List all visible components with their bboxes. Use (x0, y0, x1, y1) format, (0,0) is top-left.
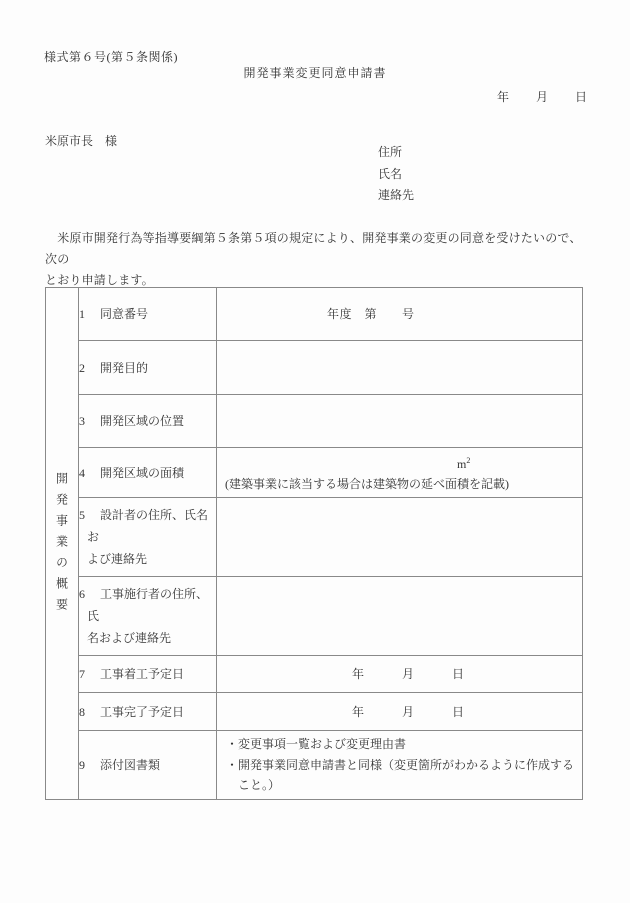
construction-start-label-cell: 7工事着工予定日 (79, 656, 217, 693)
table-row-designer-info: 5設計者の住所、氏名お よび連絡先 (46, 498, 583, 577)
applicant-field-name: 氏名 (378, 164, 414, 186)
square-meter-unit: m2 (217, 451, 582, 474)
table-row-area-size: 4開発区域の面積 m2 (建築事業に該当する場合は建築物の延べ面積を記載) (46, 448, 583, 498)
contractor-info-value-cell (217, 577, 583, 656)
area-size-label-cell: 4開発区域の面積 (79, 448, 217, 498)
attached-document-item: ・開発事業同意申請書と同様（変更箇所がわかるように作成する こと。） (226, 755, 578, 796)
consent-number-label-cell: 1同意番号 (79, 288, 217, 341)
area-size-label: 開発区域の面積 (100, 466, 184, 480)
attached-documents-label-cell: 9添付図書類 (79, 731, 217, 800)
table-row-construction-start-date: 7工事着工予定日 年 月 日 (46, 656, 583, 693)
attached-document-item: ・変更事項一覧および変更理由書 (226, 734, 578, 755)
designer-info-value-cell (217, 498, 583, 577)
applicant-field-contact: 連絡先 (378, 185, 414, 207)
area-location-label-cell: 3開発区域の位置 (79, 395, 217, 448)
side-header-cell: 開発事業の概要 (46, 288, 79, 800)
table-row-development-purpose: 2開発目的 (46, 341, 583, 395)
date-line: 年 月 日 (497, 88, 588, 105)
applicant-block: 住所 氏名 連絡先 (378, 142, 414, 207)
addressee: 米原市長 様 (45, 132, 117, 149)
construction-start-value: 年 月 日 (217, 664, 582, 684)
designer-info-label: 設計者の住所、氏名お よび連絡先 (87, 508, 208, 566)
area-size-note: (建築事業に該当する場合は建築物の延べ面積を記載) (217, 474, 582, 494)
construction-end-label: 工事完了予定日 (100, 705, 184, 719)
overview-table: 開発事業の概要 1同意番号 年度 第 号 2開発目的 3開発区域の位置 (45, 287, 583, 800)
table-row-consent-number: 開発事業の概要 1同意番号 年度 第 号 (46, 288, 583, 341)
consent-number-value: 年度 第 号 (217, 304, 582, 324)
area-location-value-cell (217, 395, 583, 448)
development-purpose-label-cell: 2開発目的 (79, 341, 217, 395)
construction-start-value-cell: 年 月 日 (217, 656, 583, 693)
consent-number-value-cell: 年度 第 号 (217, 288, 583, 341)
side-header-text: 開発事業の概要 (54, 463, 71, 619)
construction-start-label: 工事着工予定日 (100, 667, 184, 681)
development-purpose-value-cell (217, 341, 583, 395)
table-row-construction-end-date: 8工事完了予定日 年 月 日 (46, 693, 583, 731)
construction-end-value-cell: 年 月 日 (217, 693, 583, 731)
attached-documents-value-cell: ・変更事項一覧および変更理由書 ・開発事業同意申請書と同様（変更箇所がわかるよう… (217, 731, 583, 800)
page-title: 開発事業変更同意申請書 (0, 64, 630, 81)
form-code: 様式第６号(第５条関係) (44, 48, 178, 65)
contractor-info-label-cell: 6工事施行者の住所、氏 名および連絡先 (79, 577, 217, 656)
table-row-contractor-info: 6工事施行者の住所、氏 名および連絡先 (46, 577, 583, 656)
overview-table-wrapper: 開発事業の概要 1同意番号 年度 第 号 2開発目的 3開発区域の位置 (45, 287, 583, 800)
consent-number-label: 同意番号 (100, 307, 148, 321)
contractor-info-label: 工事施行者の住所、氏 名および連絡先 (87, 587, 208, 645)
development-purpose-label: 開発目的 (100, 361, 148, 375)
attached-documents-label: 添付図書類 (100, 758, 160, 772)
designer-info-label-cell: 5設計者の住所、氏名お よび連絡先 (79, 498, 217, 577)
construction-end-label-cell: 8工事完了予定日 (79, 693, 217, 731)
document-page: 様式第６号(第５条関係) 開発事業変更同意申請書 年 月 日 米原市長 様 住所… (0, 0, 630, 903)
table-row-attached-documents: 9添付図書類 ・変更事項一覧および変更理由書 ・開発事業同意申請書と同様（変更箇… (46, 731, 583, 800)
applicant-field-address: 住所 (378, 142, 414, 164)
table-row-area-location: 3開発区域の位置 (46, 395, 583, 448)
construction-end-value: 年 月 日 (217, 702, 582, 722)
body-paragraph: 米原市開発行為等指導要綱第５条第５項の規定により、開発事業の変更の同意を受けたい… (45, 228, 590, 291)
area-size-value-cell: m2 (建築事業に該当する場合は建築物の延べ面積を記載) (217, 448, 583, 498)
attached-documents-list: ・変更事項一覧および変更理由書 ・開発事業同意申請書と同様（変更箇所がわかるよう… (217, 731, 582, 799)
area-location-label: 開発区域の位置 (100, 414, 184, 428)
